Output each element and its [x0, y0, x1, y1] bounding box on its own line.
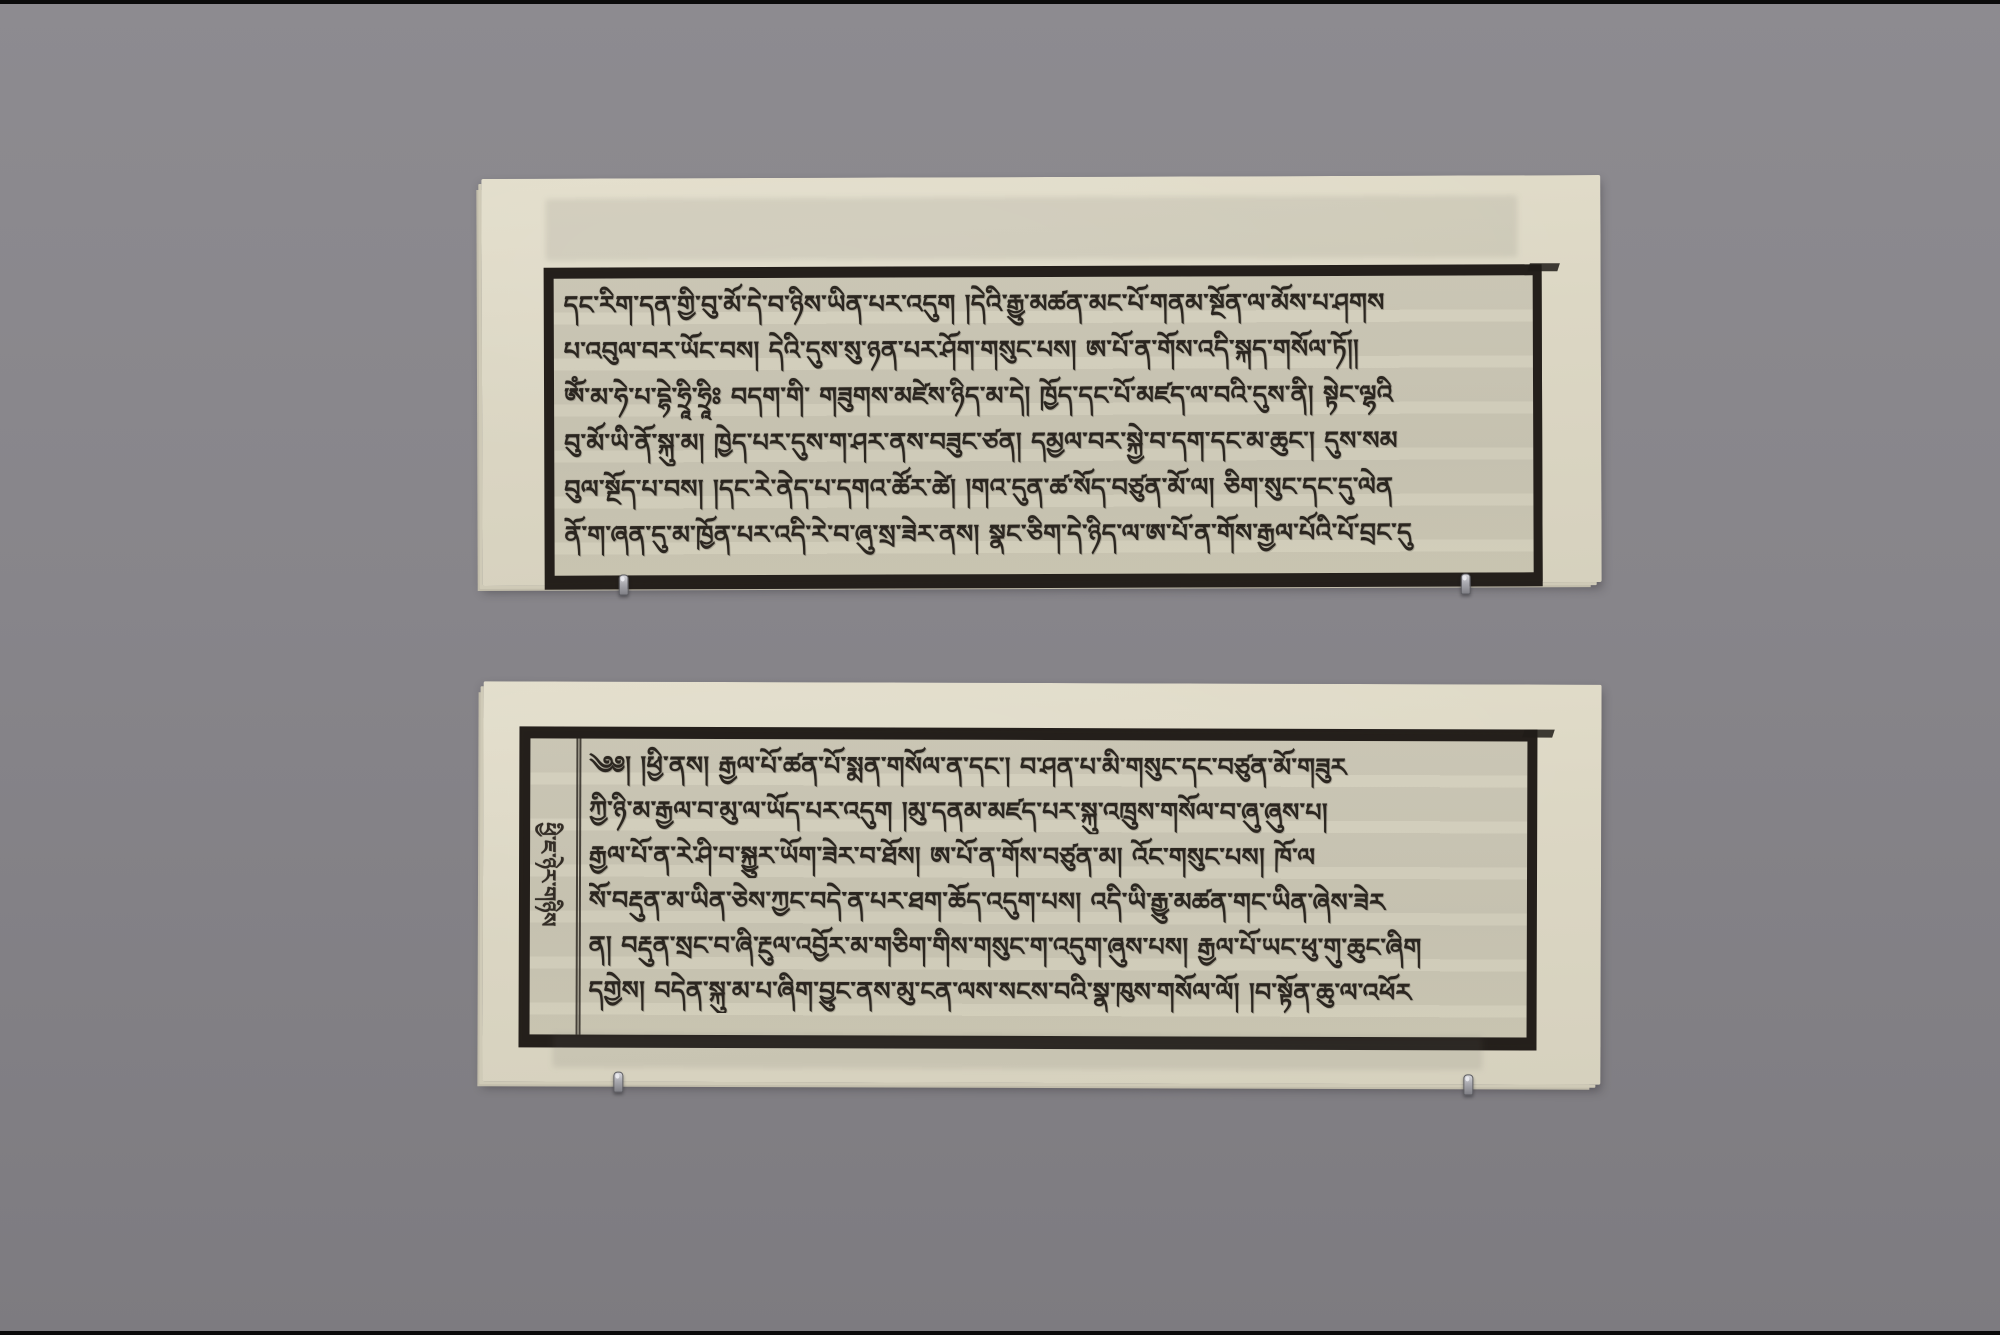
printed-text-frame: ཕྱི་ཇ་ཉེར་གཉིས ༄༅། །ཕྱི་ནས། རྒྱལ་པོ་ཚན་པ…	[518, 726, 1537, 1050]
text-block: དང་རིག་དན་གྱི་བུ་མོ་དེ་བ་ཉིས་ཡིན་པར་འདུག…	[564, 279, 1526, 571]
main-text-column: ༄༅། །ཕྱི་ནས། རྒྱལ་པོ་ཚན་པོ་སྨན་གསོལ་ན་དང…	[581, 739, 1528, 1038]
printed-text-frame: དང་རིག་དན་གྱི་བུ་མོ་དེ་བ་ཉིས་ཡིན་པར་འདུག…	[544, 264, 1543, 589]
text-line: རྒྱལ་པོ་ན་རེ་ཤི་བ་སྐྱུར་ཡོག་ཟེར་བ་ཐོས། ཨ…	[589, 833, 1521, 881]
mounting-pin	[613, 1072, 623, 1093]
text-line: ཀྱི་ཉི་མ་རྒྱལ་བ་མུ་ལ་ཡོད་པར་འདུག །མུ་དནམ…	[589, 788, 1521, 836]
mounting-pin	[1461, 574, 1471, 595]
margin-title-column: ཕྱི་ཇ་ཉེར་གཉིས	[530, 738, 582, 1034]
margin-title-vertical-text: ཕྱི་ཇ་ཉེར་གཉིས	[535, 754, 572, 994]
text-line: ཨོཾ་མ་ཧེ་པ་དྷེ་ཧྲཱི་ཧྲཱིཿ བདག་གི་ གཟུགས་…	[564, 371, 1525, 420]
photo-backdrop: དང་རིག་དན་གྱི་བུ་མོ་དེ་བ་ཉིས་ཡིན་པར་འདུག…	[0, 0, 2000, 1335]
top-edge-line	[0, 0, 2000, 4]
text-block: ༄༅། །ཕྱི་ནས། རྒྱལ་པོ་ཚན་པོ་སྨན་གསོལ་ན་དང…	[589, 743, 1522, 1034]
text-line: ན། བརྡུན་སྲང་བ་ཞི་རྔུལ་འབྱོར་མ་གཅིག་གིས་…	[589, 923, 1521, 971]
text-line: ནོ་ག་ཞན་དུ་མ་ཁྱོན་པར་འདི་རེ་བ་ཞུ་སྲ་ཟེར་…	[564, 509, 1525, 558]
pecha-folio-top: དང་རིག་དན་གྱི་བུ་མོ་དེ་བ་ཉིས་ཡིན་པར་འདུག…	[481, 175, 1601, 586]
mounting-pin	[619, 574, 629, 595]
text-line: བུལ་སྔོད་པ་བས། །དང་རེ་ནེད་པ་དགའ་ཚོར་ཚེ། …	[564, 463, 1525, 512]
pecha-folio-bottom: ཕྱི་ཇ་ཉེར་གཉིས ༄༅། །ཕྱི་ནས། རྒྱལ་པོ་ཚན་པ…	[482, 681, 1601, 1085]
ink-showthrough-band	[545, 195, 1517, 260]
text-line: དགྱེས། བདེན་སྐུ་མ་པ་ཞིག་བྱུང་ནས་མུ་ངན་ལས…	[589, 968, 1521, 1016]
text-line: པ་འབུལ་བར་ཡོང་བས། དེའི་དུས་སུ་ཉན་པར་ཤོག་…	[564, 325, 1525, 374]
text-line: བུ་མོ་ཡི་ནོ་སྐུ་མ། ཁྱེད་པར་དུས་ག་ཤར་ནས་བ…	[564, 417, 1525, 466]
mounting-pin	[1463, 1074, 1473, 1095]
bottom-edge-line	[0, 1331, 2000, 1335]
text-line: དང་རིག་དན་གྱི་བུ་མོ་དེ་བ་ཉིས་ཡིན་པར་འདུག…	[564, 279, 1525, 328]
text-line: སོ་བརྡུན་མ་ཡིན་ཅེས་ཀྱང་བདེ་ན་པར་ཐག་ཆོད་འ…	[589, 878, 1521, 926]
text-line: ༄༅། །ཕྱི་ནས། རྒྱལ་པོ་ཚན་པོ་སྨན་གསོལ་ན་དང…	[589, 743, 1521, 791]
ink-showthrough-band	[552, 1033, 1482, 1070]
